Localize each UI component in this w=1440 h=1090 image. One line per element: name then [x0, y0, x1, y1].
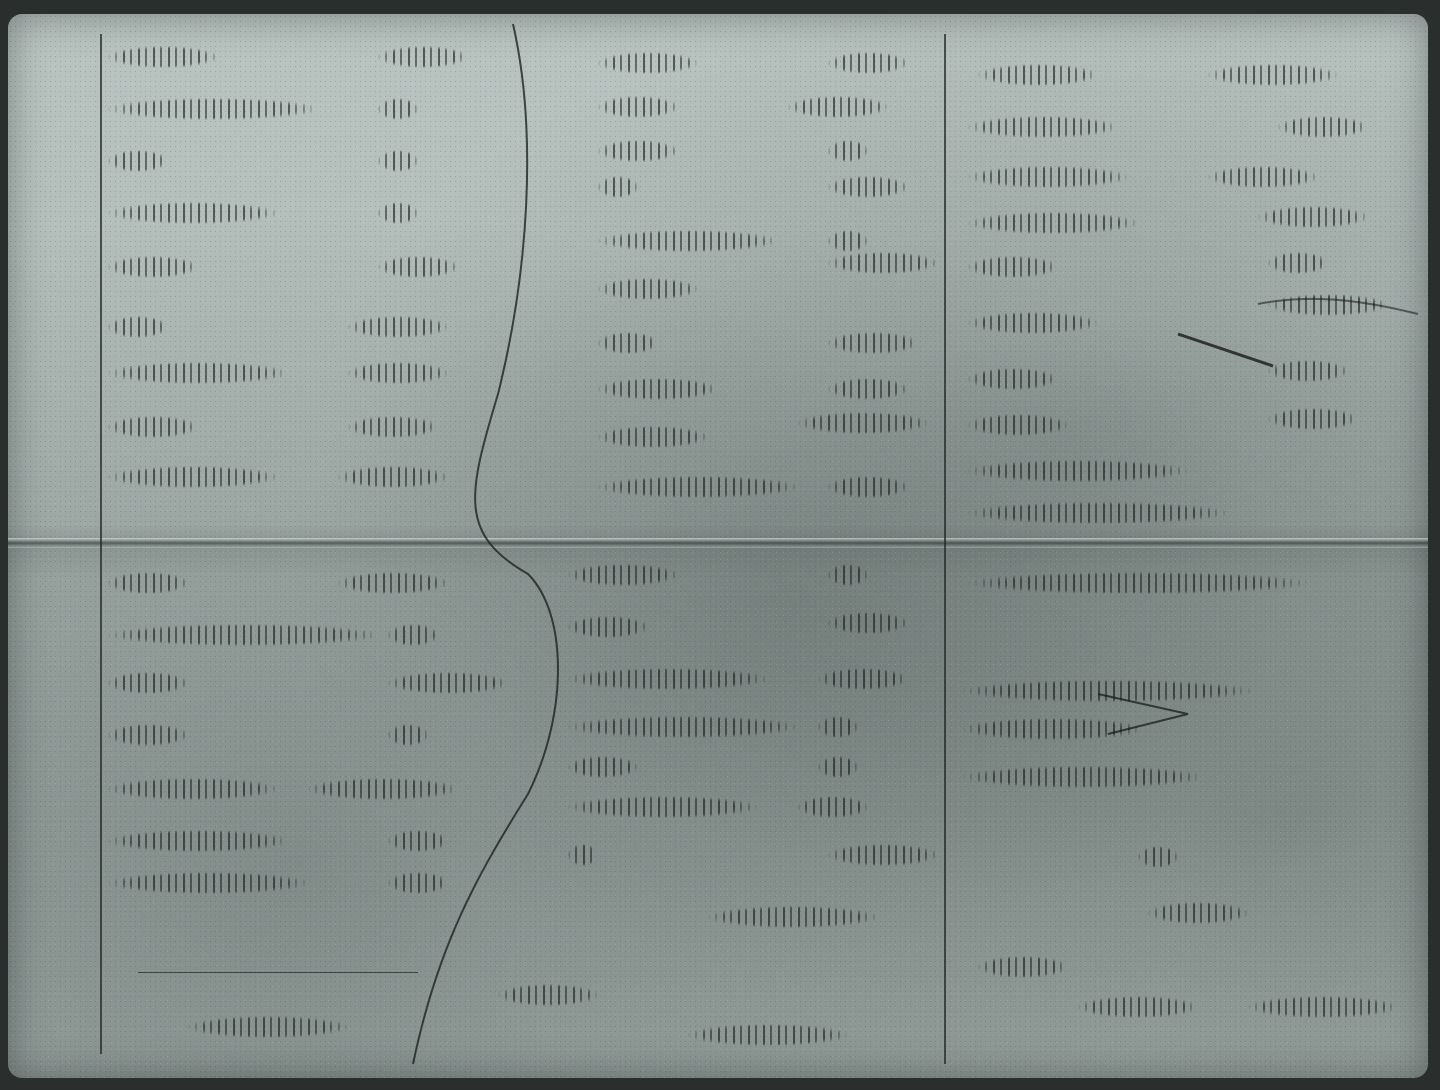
entry-row [968, 114, 1118, 140]
entry-row [108, 200, 278, 226]
entry-row [108, 722, 188, 748]
entry-row [598, 138, 678, 164]
entry-row [598, 50, 698, 76]
numeric-note [978, 954, 1068, 980]
total-row [963, 764, 1203, 790]
entry-row [568, 714, 798, 740]
entry-value [348, 360, 448, 386]
entry-row [598, 94, 678, 120]
footer-note [688, 1022, 848, 1048]
numeric-note [1138, 844, 1178, 870]
entry-value [308, 776, 458, 802]
entry-row [108, 414, 198, 440]
entry-row [108, 254, 198, 280]
entry-value [1278, 114, 1368, 140]
entry-row [108, 148, 168, 174]
entry-value [388, 828, 448, 854]
entry-value [348, 314, 448, 340]
entry-value [818, 754, 858, 780]
entry-row [568, 562, 678, 588]
entry-row [568, 842, 598, 868]
entry-row [108, 96, 318, 122]
entry-value [388, 622, 438, 648]
entry-row [108, 570, 188, 596]
entry-row [108, 44, 218, 70]
entry-value [1208, 62, 1338, 88]
entry-row [598, 424, 708, 450]
numeric-note [1148, 900, 1248, 926]
entry-row [598, 276, 698, 302]
entry-row [108, 776, 278, 802]
entry-value [378, 44, 468, 70]
entry-value [828, 842, 938, 868]
entry-row [598, 174, 638, 200]
entry-row [978, 62, 1098, 88]
footer-note [498, 982, 598, 1008]
entry-row [968, 500, 1228, 526]
entry-value [828, 50, 908, 76]
entry-row [968, 570, 1308, 596]
entry-value [378, 254, 458, 280]
numeric-note [1078, 994, 1198, 1020]
entry-value [828, 376, 908, 402]
entry-value [798, 410, 928, 436]
entry-value [338, 570, 448, 596]
entry-row [968, 458, 1188, 484]
entry-row [108, 360, 288, 386]
entry-value [378, 148, 418, 174]
entry-value [378, 200, 418, 226]
entry-row [968, 310, 1098, 336]
entry-row [968, 254, 1058, 280]
entry-value [1268, 358, 1348, 384]
entry-value [818, 714, 858, 740]
numeric-note [1248, 994, 1398, 1020]
total-row [963, 716, 1143, 742]
entry-row [568, 794, 758, 820]
entry-value [1208, 164, 1318, 190]
entry-row [598, 474, 798, 500]
entry-row [968, 164, 1128, 190]
entry-value [798, 794, 868, 820]
entry-row [598, 376, 718, 402]
entry-row [108, 828, 288, 854]
footer-note [708, 904, 878, 930]
entry-row [568, 614, 648, 640]
entry-row [968, 366, 1058, 392]
entry-row [108, 314, 168, 340]
entry-row [568, 754, 638, 780]
entry-value [1268, 250, 1328, 276]
entry-value [828, 174, 908, 200]
entry-value [348, 414, 438, 440]
entry-value [818, 666, 908, 692]
entry-value [828, 330, 918, 356]
manuscript-sheet: Handwritten text is illegible at availab… [8, 14, 1428, 1078]
entry-row [968, 210, 1138, 236]
entry-value [378, 96, 418, 122]
entry-value [388, 670, 508, 696]
entry-value [388, 722, 428, 748]
entry-value [1268, 292, 1388, 318]
entry-value [828, 474, 908, 500]
entry-row [598, 330, 658, 356]
entry-value [828, 562, 868, 588]
entry-row [568, 666, 768, 692]
entry-value [828, 250, 938, 276]
entry-value [338, 464, 448, 490]
entry-row [968, 412, 1068, 438]
entry-row [108, 670, 188, 696]
total-row [963, 678, 1253, 704]
entry-value [788, 94, 888, 120]
entry-row [108, 464, 278, 490]
entry-row [108, 870, 308, 896]
entry-row [108, 622, 378, 648]
entry-value [388, 870, 448, 896]
entry-row [598, 228, 778, 254]
entry-value [828, 138, 868, 164]
footer-note [188, 1014, 348, 1040]
entry-value [1268, 406, 1358, 432]
entry-value [1258, 204, 1368, 230]
entry-value [828, 610, 908, 636]
